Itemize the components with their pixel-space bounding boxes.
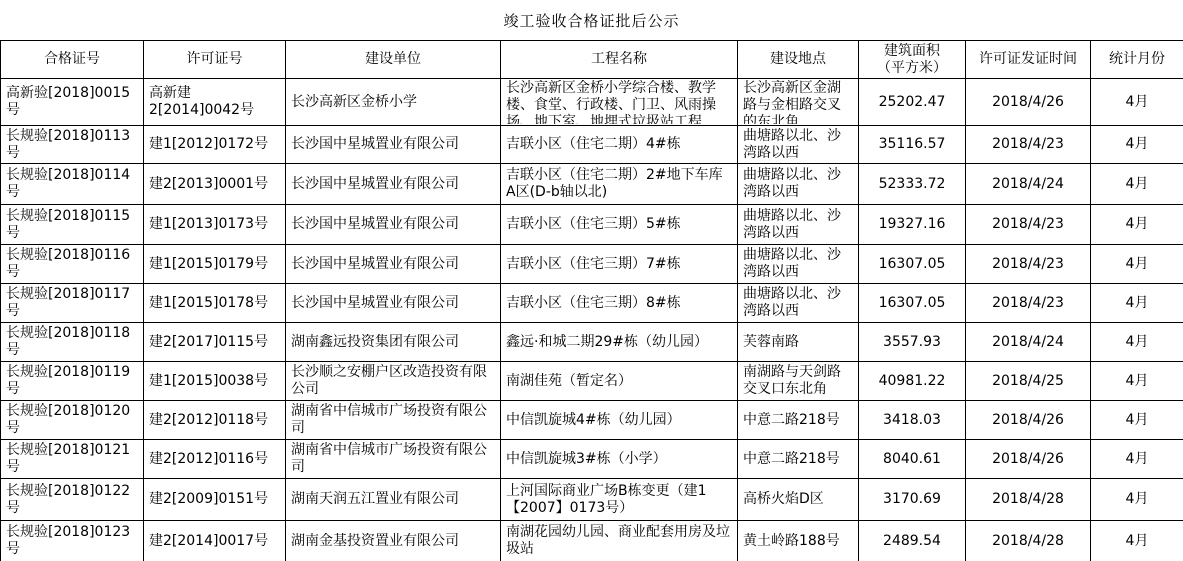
cell-month: 4月 (1091, 126, 1183, 164)
table-row: 长规验[2018]0117号建1[2015]0178号长沙国中星城置业有限公司吉… (1, 284, 1183, 323)
cell-location: 长沙高新区金湖路与金相路交叉的东北角 (738, 79, 859, 126)
cell-permit-no: 建1[2012]0172号 (144, 126, 286, 164)
cell-permit-no: 建2[2012]0116号 (144, 440, 286, 479)
cell-issue-date: 2018/4/26 (966, 440, 1091, 479)
cell-cert-no: 长规验[2018]0119号 (1, 362, 144, 401)
cell-month: 4月 (1091, 284, 1183, 323)
cell-location: 曲塘路以北、沙湾路以西 (738, 164, 859, 205)
table-row: 长规验[2018]0113号建1[2012]0172号长沙国中星城置业有限公司吉… (1, 126, 1183, 164)
cell-permit-no: 建2[2017]0115号 (144, 323, 286, 362)
cell-unit: 长沙国中星城置业有限公司 (286, 245, 501, 284)
cell-unit: 湖南省中信城市广场投资有限公司 (286, 440, 501, 479)
cell-issue-date: 2018/4/25 (966, 362, 1091, 401)
column-header-issue-date: 许可证发证时间 (966, 41, 1091, 79)
cell-area: 40981.22 (859, 362, 966, 401)
cell-location: 南湖路与天剑路交叉口东北角 (738, 362, 859, 401)
cell-project: 上河国际商业广场B栋变更（建1【2007】0173号） (501, 479, 738, 521)
cell-project: 吉联小区（住宅三期）7#栋 (501, 245, 738, 284)
column-header-unit: 建设单位 (286, 41, 501, 79)
table-row: 长规验[2018]0116号建1[2015]0179号长沙国中星城置业有限公司吉… (1, 245, 1183, 284)
cell-location: 高桥火焰D区 (738, 479, 859, 521)
table-body: 高新验[2018]0015号高新建2[2014]0042号长沙高新区金桥小学长沙… (1, 79, 1183, 561)
cell-location: 中意二路218号 (738, 401, 859, 440)
cell-cert-no: 长规验[2018]0120号 (1, 401, 144, 440)
cell-location: 芙蓉南路 (738, 323, 859, 362)
cell-unit: 长沙国中星城置业有限公司 (286, 126, 501, 164)
cell-cert-no: 长规验[2018]0122号 (1, 479, 144, 521)
cell-month: 4月 (1091, 479, 1183, 521)
column-header-location: 建设地点 (738, 41, 859, 79)
cell-cert-no: 长规验[2018]0117号 (1, 284, 144, 323)
column-header-project: 工程名称 (501, 41, 738, 79)
cell-project: 南湖花园幼儿园、商业配套用房及垃圾站 (501, 521, 738, 561)
cell-cert-no: 长规验[2018]0118号 (1, 323, 144, 362)
cell-month: 4月 (1091, 205, 1183, 245)
column-header-month: 统计月份 (1091, 41, 1183, 79)
cell-project: 吉联小区（住宅三期）8#栋 (501, 284, 738, 323)
cell-cert-no: 长规验[2018]0123号 (1, 521, 144, 561)
cell-area: 2489.54 (859, 521, 966, 561)
table-row: 长规验[2018]0118号建2[2017]0115号湖南鑫远投资集团有限公司鑫… (1, 323, 1183, 362)
cell-permit-no: 建1[2015]0178号 (144, 284, 286, 323)
cell-project: 鑫远·和城二期29#栋（幼儿园） (501, 323, 738, 362)
cell-area: 35116.57 (859, 126, 966, 164)
table-row: 长规验[2018]0114号建2[2013]0001号长沙国中星城置业有限公司吉… (1, 164, 1183, 205)
cell-cert-no: 长规验[2018]0116号 (1, 245, 144, 284)
cell-cert-no: 长规验[2018]0113号 (1, 126, 144, 164)
cell-issue-date: 2018/4/23 (966, 284, 1091, 323)
cell-month: 4月 (1091, 79, 1183, 126)
cell-cert-no: 高新验[2018]0015号 (1, 79, 144, 126)
cell-area: 19327.16 (859, 205, 966, 245)
cell-month: 4月 (1091, 521, 1183, 561)
cell-permit-no: 建1[2015]0179号 (144, 245, 286, 284)
cell-permit-no: 高新建2[2014]0042号 (144, 79, 286, 126)
cell-cert-no: 长规验[2018]0114号 (1, 164, 144, 205)
cell-permit-no: 建1[2013]0173号 (144, 205, 286, 245)
cell-issue-date: 2018/4/26 (966, 401, 1091, 440)
cell-unit: 湖南金基投资置业有限公司 (286, 521, 501, 561)
cell-project: 南湖佳苑（暂定名） (501, 362, 738, 401)
cell-issue-date: 2018/4/23 (966, 245, 1091, 284)
table-row: 长规验[2018]0121号建2[2012]0116号湖南省中信城市广场投资有限… (1, 440, 1183, 479)
cell-unit: 长沙顺之安棚户区改造投资有限公司 (286, 362, 501, 401)
cell-permit-no: 建2[2009]0151号 (144, 479, 286, 521)
cell-project: 吉联小区（住宅三期）5#栋 (501, 205, 738, 245)
cell-area: 3557.93 (859, 323, 966, 362)
cell-location: 曲塘路以北、沙湾路以西 (738, 284, 859, 323)
cell-location: 曲塘路以北、沙湾路以西 (738, 126, 859, 164)
cell-unit: 长沙高新区金桥小学 (286, 79, 501, 126)
cell-permit-no: 建2[2012]0118号 (144, 401, 286, 440)
cell-issue-date: 2018/4/28 (966, 521, 1091, 561)
cell-location: 黄土岭路188号 (738, 521, 859, 561)
cell-location: 曲塘路以北、沙湾路以西 (738, 245, 859, 284)
table-row: 长规验[2018]0122号建2[2009]0151号湖南天润五江置业有限公司上… (1, 479, 1183, 521)
cell-issue-date: 2018/4/26 (966, 79, 1091, 126)
cell-month: 4月 (1091, 440, 1183, 479)
cell-issue-date: 2018/4/28 (966, 479, 1091, 521)
page-title: 竣工验收合格证批后公示 (0, 0, 1183, 40)
table-row: 长规验[2018]0119号建1[2015]0038号长沙顺之安棚户区改造投资有… (1, 362, 1183, 401)
cell-area: 25202.47 (859, 79, 966, 126)
cell-project: 吉联小区（住宅二期）4#栋 (501, 126, 738, 164)
cell-unit: 湖南天润五江置业有限公司 (286, 479, 501, 521)
cell-issue-date: 2018/4/23 (966, 205, 1091, 245)
column-header-area: 建筑面积 （平方米） (859, 41, 966, 79)
cell-month: 4月 (1091, 362, 1183, 401)
cell-project: 吉联小区（住宅二期）2#地下车库A区(D-b轴以北) (501, 164, 738, 205)
cell-area: 3418.03 (859, 401, 966, 440)
cell-month: 4月 (1091, 164, 1183, 205)
table-row: 高新验[2018]0015号高新建2[2014]0042号长沙高新区金桥小学长沙… (1, 79, 1183, 126)
cell-area: 8040.61 (859, 440, 966, 479)
cell-unit: 长沙国中星城置业有限公司 (286, 205, 501, 245)
cell-area: 16307.05 (859, 245, 966, 284)
cell-unit: 长沙国中星城置业有限公司 (286, 164, 501, 205)
cell-permit-no: 建2[2014]0017号 (144, 521, 286, 561)
cell-project: 中信凯旋城3#栋（小学） (501, 440, 738, 479)
cell-unit: 湖南鑫远投资集团有限公司 (286, 323, 501, 362)
header-row: 合格证号 许可证号 建设单位 工程名称 建设地点 建筑面积 （平方米） 许可证发… (1, 41, 1183, 79)
table-header: 合格证号 许可证号 建设单位 工程名称 建设地点 建筑面积 （平方米） 许可证发… (1, 41, 1183, 79)
cell-unit: 长沙国中星城置业有限公司 (286, 284, 501, 323)
cell-issue-date: 2018/4/23 (966, 126, 1091, 164)
cell-location: 曲塘路以北、沙湾路以西 (738, 205, 859, 245)
cell-issue-date: 2018/4/24 (966, 323, 1091, 362)
cell-project: 中信凯旋城4#栋（幼儿园） (501, 401, 738, 440)
column-header-cert-no: 合格证号 (1, 41, 144, 79)
table-row: 长规验[2018]0123号建2[2014]0017号湖南金基投资置业有限公司南… (1, 521, 1183, 561)
cell-cert-no: 长规验[2018]0115号 (1, 205, 144, 245)
table-row: 长规验[2018]0115号建1[2013]0173号长沙国中星城置业有限公司吉… (1, 205, 1183, 245)
cell-permit-no: 建2[2013]0001号 (144, 164, 286, 205)
cell-project: 长沙高新区金桥小学综合楼、教学楼、食堂、行政楼、门卫、风雨操场、地下室、地埋式垃… (501, 79, 738, 126)
announcement-page: 竣工验收合格证批后公示 合格证号 许可证号 建设单位 工程名称 建设地点 建筑面… (0, 0, 1183, 561)
cell-location: 中意二路218号 (738, 440, 859, 479)
cell-cert-no: 长规验[2018]0121号 (1, 440, 144, 479)
cell-area: 16307.05 (859, 284, 966, 323)
cell-unit: 湖南省中信城市广场投资有限公司 (286, 401, 501, 440)
table-row: 长规验[2018]0120号建2[2012]0118号湖南省中信城市广场投资有限… (1, 401, 1183, 440)
certificates-table: 合格证号 许可证号 建设单位 工程名称 建设地点 建筑面积 （平方米） 许可证发… (0, 40, 1183, 561)
cell-month: 4月 (1091, 245, 1183, 284)
cell-month: 4月 (1091, 323, 1183, 362)
cell-area: 52333.72 (859, 164, 966, 205)
cell-month: 4月 (1091, 401, 1183, 440)
cell-issue-date: 2018/4/24 (966, 164, 1091, 205)
column-header-permit-no: 许可证号 (144, 41, 286, 79)
cell-area: 3170.69 (859, 479, 966, 521)
cell-permit-no: 建1[2015]0038号 (144, 362, 286, 401)
